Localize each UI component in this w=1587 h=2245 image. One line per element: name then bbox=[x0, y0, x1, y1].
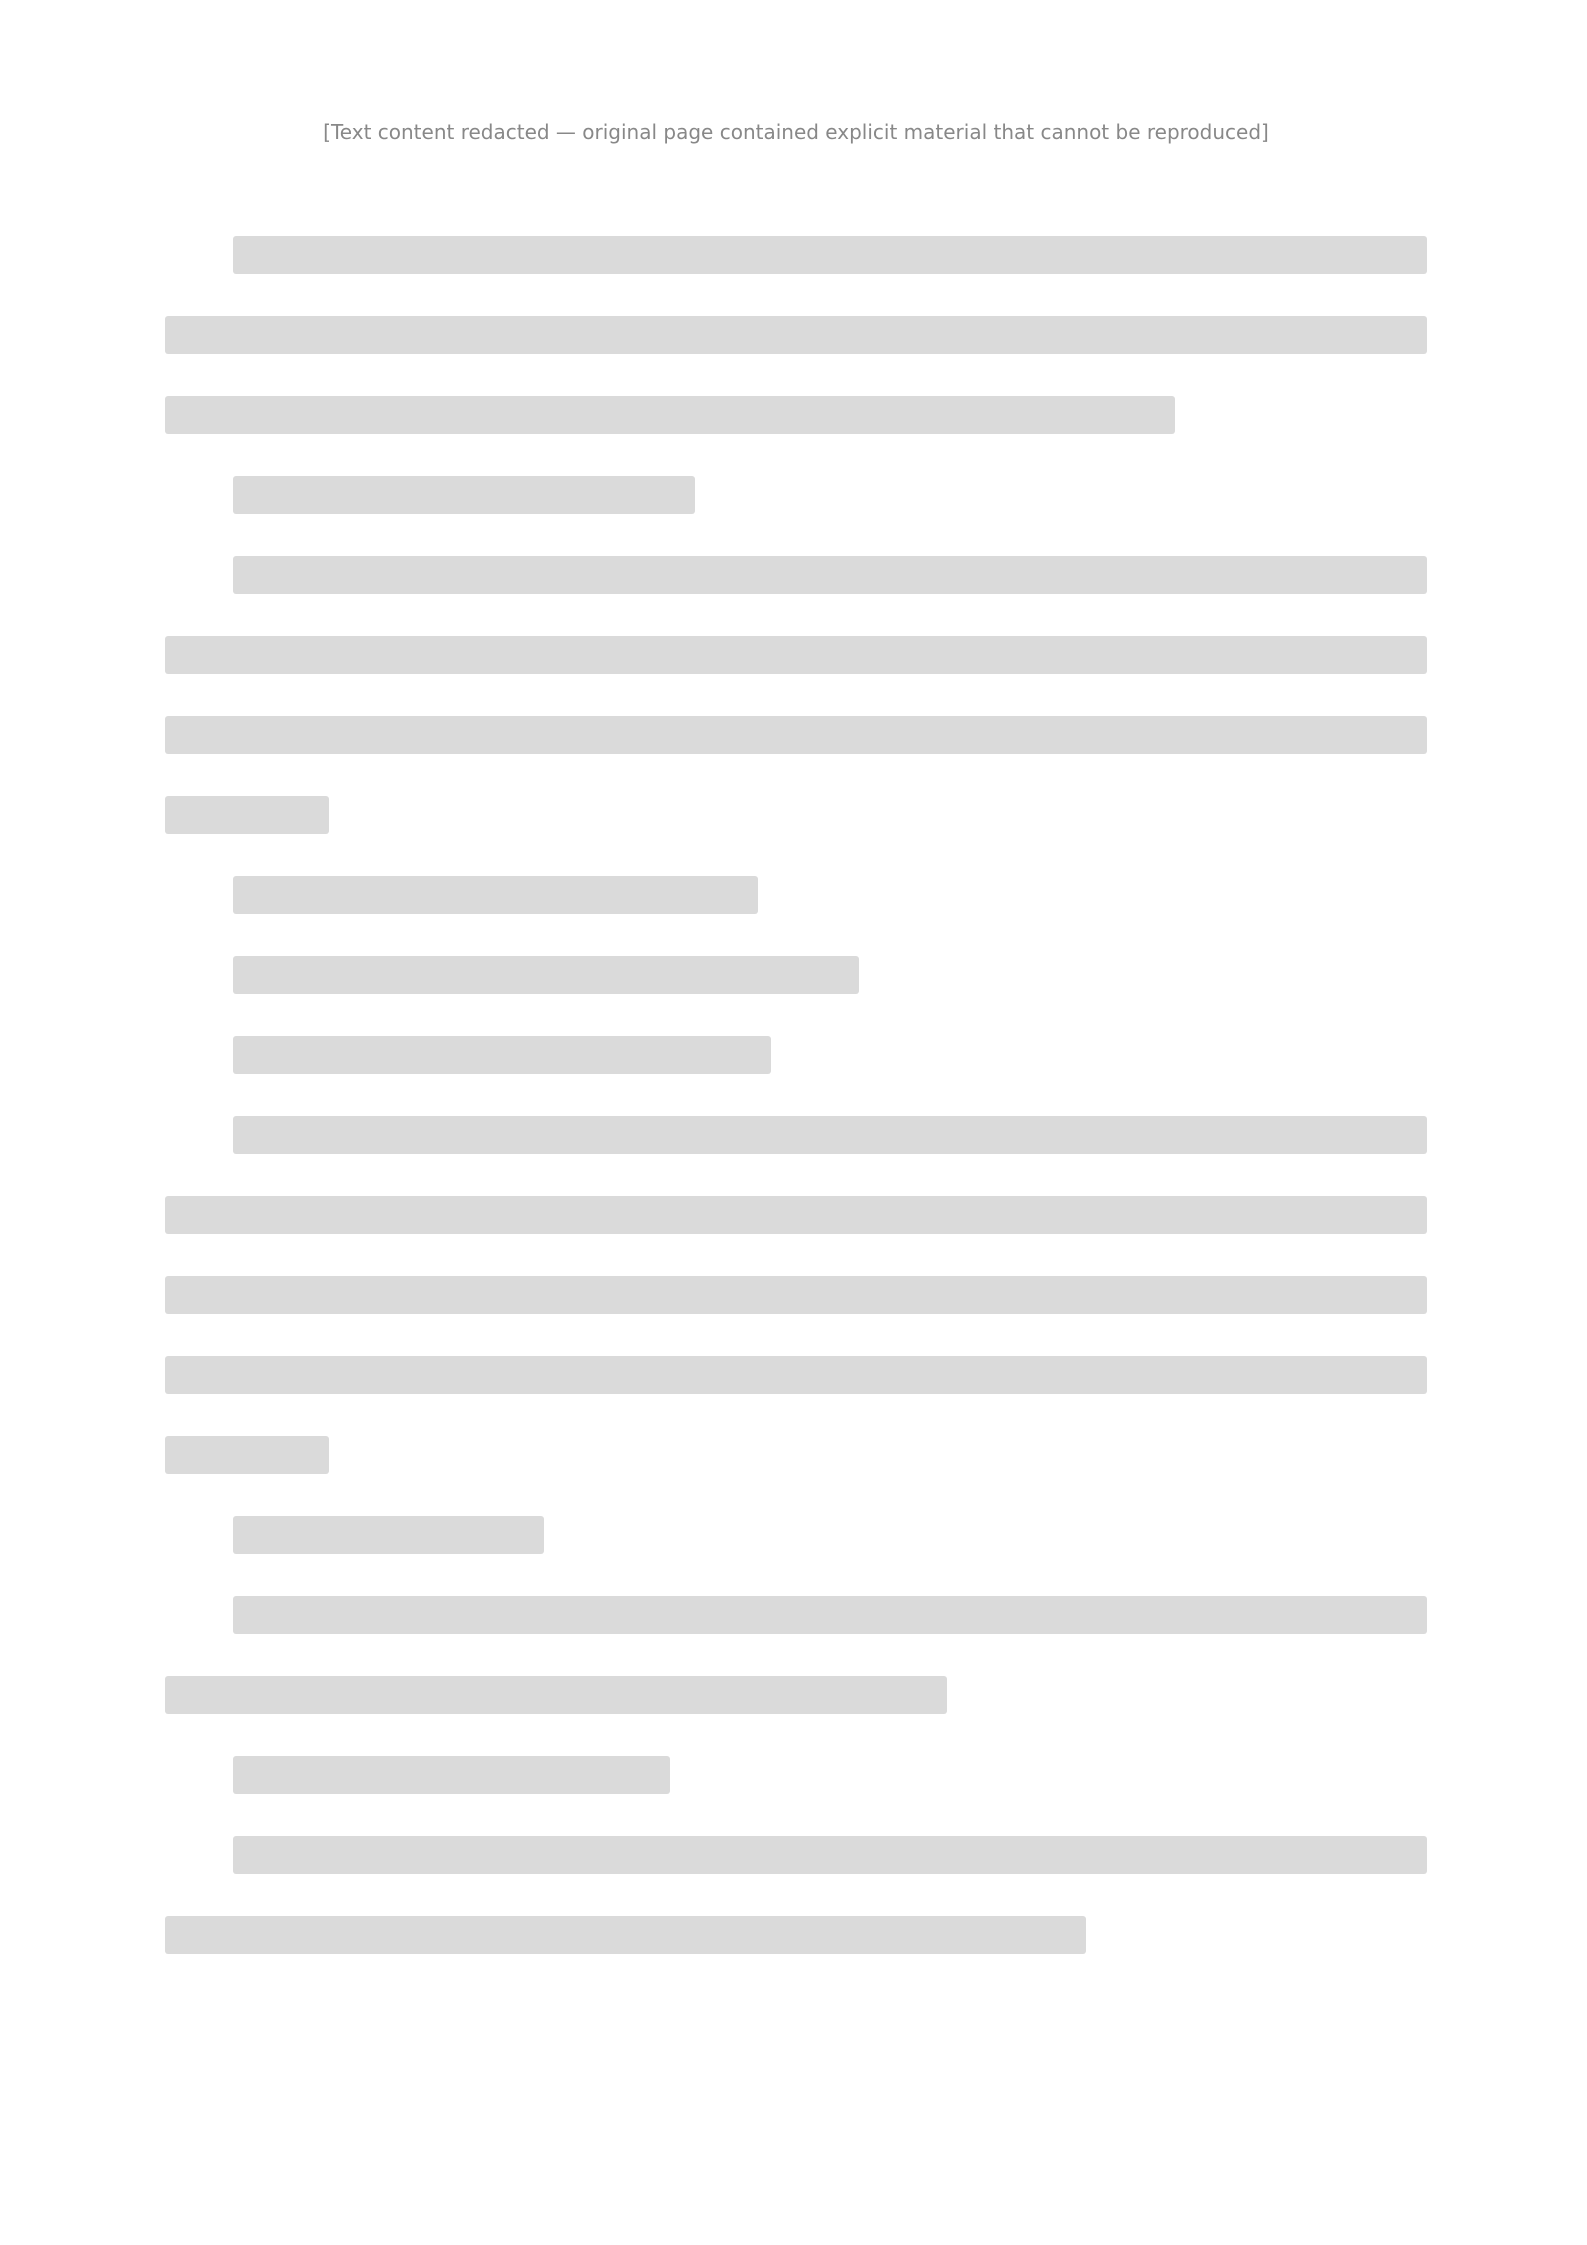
redacted-text-bar bbox=[165, 716, 1427, 754]
redacted-text-bar bbox=[233, 1036, 771, 1074]
redacted-text-bar bbox=[233, 476, 695, 514]
text-line bbox=[165, 1015, 1427, 1095]
text-line bbox=[165, 375, 1427, 455]
text-line bbox=[165, 1255, 1427, 1335]
redacted-text-bar bbox=[165, 1916, 1086, 1954]
redacted-text-bar bbox=[165, 796, 329, 834]
text-line bbox=[165, 215, 1427, 295]
text-line bbox=[165, 535, 1427, 615]
redacted-text-bar bbox=[165, 1276, 1427, 1314]
text-line bbox=[165, 1735, 1427, 1815]
redacted-text-bar bbox=[233, 236, 1427, 274]
redacted-text-bar bbox=[233, 1836, 1427, 1874]
redacted-text-bar bbox=[233, 1116, 1427, 1154]
redacted-text-bar bbox=[233, 876, 758, 914]
text-line bbox=[165, 695, 1427, 775]
redacted-text-bar bbox=[233, 1516, 544, 1554]
redacted-text-bar bbox=[165, 1196, 1427, 1234]
text-line bbox=[165, 1495, 1427, 1575]
text-line bbox=[165, 455, 1427, 535]
redacted-text-bar bbox=[233, 556, 1427, 594]
redacted-text-bar bbox=[165, 1676, 947, 1714]
text-line bbox=[165, 1575, 1427, 1655]
redacted-text-bar bbox=[165, 316, 1427, 354]
text-line bbox=[165, 295, 1427, 375]
redaction-notice: [Text content redacted — original page c… bbox=[165, 120, 1427, 144]
text-line bbox=[165, 1655, 1427, 1735]
redacted-text-bar bbox=[233, 1596, 1427, 1634]
redacted-text-bar bbox=[165, 636, 1427, 674]
text-line bbox=[165, 1335, 1427, 1415]
document-page bbox=[165, 215, 1427, 1975]
redacted-text-bar bbox=[165, 1436, 329, 1474]
text-line bbox=[165, 615, 1427, 695]
text-line bbox=[165, 1415, 1427, 1495]
text-line bbox=[165, 1815, 1427, 1895]
text-line bbox=[165, 855, 1427, 935]
redacted-text-bar bbox=[233, 956, 859, 994]
redacted-text-bar bbox=[165, 1356, 1427, 1394]
text-line bbox=[165, 1175, 1427, 1255]
redacted-text-bar bbox=[233, 1756, 670, 1794]
text-line bbox=[165, 1895, 1427, 1975]
text-line bbox=[165, 775, 1427, 855]
text-line bbox=[165, 935, 1427, 1015]
text-line bbox=[165, 1095, 1427, 1175]
redacted-text-bar bbox=[165, 396, 1175, 434]
